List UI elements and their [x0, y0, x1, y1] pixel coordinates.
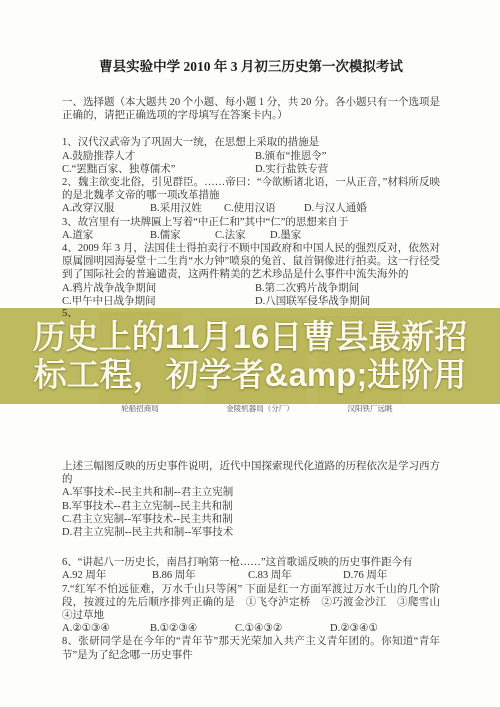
option: B.①②③④: [150, 622, 235, 635]
option: A.鸦片战争战争期间: [62, 282, 255, 295]
question-options: A.②①③④ B.①②③④ C.①④③② D.②③④①: [62, 622, 440, 635]
question-stem: 7.“红军不怕远征难，万水千山只等闲” 下面是红一方面军渡过万水千山的几个阶段，…: [62, 583, 440, 623]
question-options: A.改穿汉服 B.采用汉姓 C.使用汉语 D.与汉人通婚: [62, 202, 440, 215]
question-stem: 8、张研同学是在今年的“青年节”那天光荣加入共产主义青年团的。你知道“青年节”是…: [62, 635, 440, 661]
page: 曹县实验中学 2010 年 3 月初三历史第一次模拟考试 一、选择题（本大题共 …: [0, 0, 500, 707]
question-stem: 上述三幅图反映的历史事件说明，近代中国探索现代化道路的历程依次是学习西方的: [62, 460, 440, 486]
question-options: A.道家 B.儒家 C.法家 D.墨家: [62, 229, 440, 242]
option: A.军事技术--民主共和制--君主立宪制: [62, 486, 440, 499]
option: A.鼓励推荐人才: [62, 150, 255, 163]
option: B.儒家: [150, 229, 215, 242]
option: B.采用汉姓: [150, 202, 224, 215]
option: C.甲午中日战争期间: [62, 295, 255, 308]
option: C.“罢黜百家、独尊儒术”: [62, 163, 255, 176]
option: A.②①③④: [62, 622, 150, 635]
question-4: 4、2009 年 3 月，法国佳士得拍卖行不顾中国政府和中国人民的强烈反对，依然…: [62, 242, 440, 308]
question-8: 8、张研同学是在今年的“青年节”那天光荣加入共产主义青年团的。你知道“青年节”是…: [62, 635, 440, 661]
question-options: A.92 周年 B.86 周年 C.83 周年 D.76 周年: [62, 569, 440, 582]
option: D.八国联军侵华战争期间: [255, 295, 440, 308]
question-stem: 3、故宫里有一块牌匾上写着“中正仁和”其中“仁”的思想来自于: [62, 216, 440, 229]
question-6: 6、“讲起八一历史长，南昌打响第一枪……”这首歌谣反映的历史事件距今有 A.92…: [62, 556, 440, 582]
option: A.改穿汉服: [62, 202, 150, 215]
question-5-number: 5、: [62, 305, 78, 320]
option: C.83 周年: [248, 569, 343, 582]
question-options: A.鸦片战争战争期间 B.第二次鸦片战争期间 C.甲午中日战争期间 D.八国联军…: [62, 282, 440, 308]
option: D.君主立宪制--民主共和制--军事技术: [62, 526, 440, 539]
option: D.②③④①: [330, 622, 440, 635]
overlay-title-band: 历史上的11月16日曹县最新招 标工程，初学者&amp;进阶用: [0, 308, 500, 404]
question-2: 2、魏主欲变北俗，引见群臣。……帝曰：“今欲断诸北语，一从正音，”材料所反映的是…: [62, 176, 440, 216]
option: B.颁布“推恩令”: [255, 150, 440, 163]
question-7: 7.“红军不怕远征难，万水千山只等闲” 下面是红一方面军渡过万水千山的几个阶段，…: [62, 583, 440, 636]
option: C.法家: [215, 229, 270, 242]
spacer: [62, 539, 440, 556]
question-stem: 1、汉代汉武帝为了巩固大一统，在思想上采取的措施是: [62, 136, 440, 149]
option: D.76 周年: [343, 569, 440, 582]
question-1: 1、汉代汉武帝为了巩固大一统，在思想上采取的措施是 A.鼓励推荐人才 B.颁布“…: [62, 136, 440, 176]
option: B.86 周年: [152, 569, 248, 582]
option: C.使用汉语: [224, 202, 304, 215]
exam-title: 曹县实验中学 2010 年 3 月初三历史第一次模拟考试: [62, 58, 440, 75]
figure-caption: 轮船招商局: [95, 404, 185, 414]
question-stem: 2、魏主欲变北俗，引见群臣。……帝曰：“今欲断诸北语，一从正音，”材料所反映的是…: [62, 176, 440, 202]
option: B.第二次鸦片战争期间: [255, 282, 440, 295]
overlay-title-line2: 标工程，初学者&amp;进阶用: [0, 356, 500, 394]
option: C.君主立宪制--军事技术--民主共和制: [62, 513, 440, 526]
question-options: A.鼓励推荐人才 B.颁布“推恩令” C.“罢黜百家、独尊儒术” D.实行盐铁专…: [62, 150, 440, 176]
question-stem: 6、“讲起八一历史长，南昌打响第一枪……”这首歌谣反映的历史事件距今有: [62, 556, 440, 569]
section-intro: 一、选择题（本大题共 20 个小题、每小题 1 分，共 20 分。各小题只有一个…: [62, 96, 440, 122]
question-5: 上述三幅图反映的历史事件说明，近代中国探索现代化道路的历程依次是学习西方的 A.…: [62, 460, 440, 539]
question-stem: 4、2009 年 3 月，法国佳士得拍卖行不顾中国政府和中国人民的强烈反对，依然…: [62, 242, 440, 282]
figure-caption: 汉阳铁厂远眺: [330, 404, 410, 414]
option: B.军事技术--君主立宪制--民主共和制: [62, 500, 440, 513]
option: D.墨家: [270, 229, 440, 242]
figure-caption: 金陵机器局（分厂）: [195, 404, 325, 414]
option: C.①④③②: [235, 622, 330, 635]
exam-document-bottom: 上述三幅图反映的历史事件说明，近代中国探索现代化道路的历程依次是学习西方的 A.…: [62, 460, 440, 662]
question-3: 3、故宫里有一块牌匾上写着“中正仁和”其中“仁”的思想来自于 A.道家 B.儒家…: [62, 216, 440, 242]
overlay-title-line1: 历史上的11月16日曹县最新招: [0, 318, 500, 356]
option: D.与汉人通婚: [304, 202, 440, 215]
option: A.92 周年: [62, 569, 152, 582]
exam-document-top: 曹县实验中学 2010 年 3 月初三历史第一次模拟考试 一、选择题（本大题共 …: [62, 58, 440, 308]
option: A.道家: [62, 229, 150, 242]
option: D.实行盐铁专营: [255, 163, 440, 176]
